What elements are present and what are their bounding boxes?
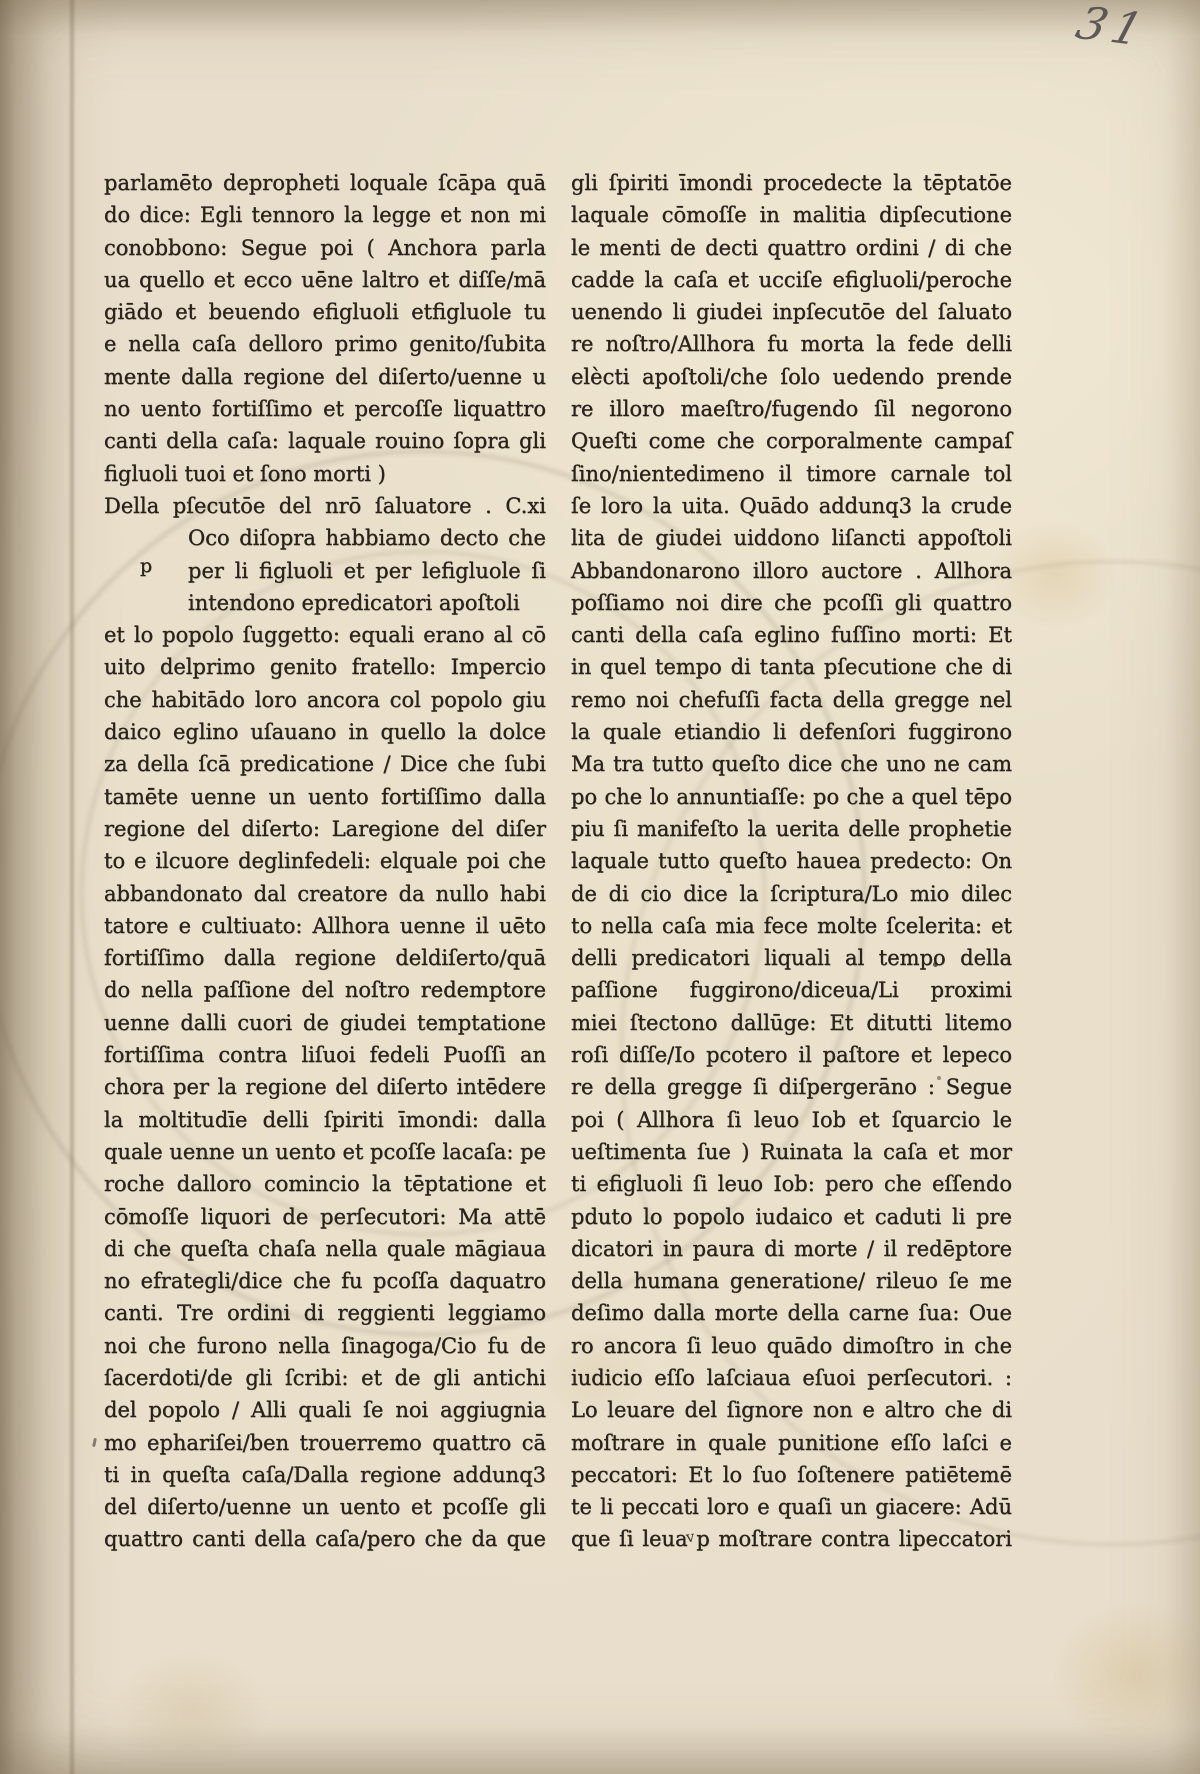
text-line: regione del diſerto: Laregione del diſer <box>104 813 546 845</box>
text-line: quale uenne un uento et pcoſſe lacaſa: p… <box>104 1136 546 1168</box>
text-line: canti della caſa eglino fuſſino morti: E… <box>571 619 1012 651</box>
text-line: e nella caſa delloro primo genito/ſubita <box>104 328 546 360</box>
text-line: le menti de decti quattro ordini / di ch… <box>571 232 1012 264</box>
text-line: la moltitudīe delli ſpiriti īmondi: dall… <box>104 1104 546 1136</box>
text-line: giādo et beuendo efigluoli etfigluole tu <box>104 296 546 328</box>
text-line: elècti apoſtoli/che ſolo uedendo prende <box>571 361 1012 393</box>
text-line: noi che furono nella ſinagoga/Cio fu de <box>104 1330 546 1362</box>
text-line: quattro canti della caſa/pero che da que <box>104 1523 546 1555</box>
text-line: canti della caſa: laquale rouino ſopra g… <box>104 425 546 457</box>
text-line: paſſione fuggirono/diceua/Li proximi <box>571 974 1012 1006</box>
text-line: moſtrare in quale punitione eſſo laſci e <box>571 1427 1012 1459</box>
handwritten-folio-number: 31 <box>1070 0 1154 56</box>
text-line: que ſi leua p moſtrare contra lipeccator… <box>571 1523 1012 1555</box>
text-line: figluoli tuoi et ſono morti ) <box>104 458 546 490</box>
text-line: mente dalla regione del diſerto/uenne u <box>104 361 546 393</box>
text-line: Oco diſopra habbiamo decto che <box>104 522 546 554</box>
text-line: delli predicatori liquali al tempo della <box>571 942 1012 974</box>
text-line: roche dalloro comincio la tēptatione et <box>104 1168 546 1200</box>
text-line: ſe loro la uita. Quādo addunq3 la crude <box>571 490 1012 522</box>
text-line: canti. Tre ordini di reggienti leggiamo <box>104 1297 546 1329</box>
text-line: conobbono: Segue poi ( Anchora parla <box>104 232 546 264</box>
ink-speck <box>92 1438 97 1447</box>
text-line: uito delprimo genito fratello: Impercio <box>104 651 546 683</box>
text-line: fortiſſimo dalla regione deldiſerto/quā <box>104 942 546 974</box>
text-line: dicatori in paura di morte / il redēptor… <box>571 1233 1012 1265</box>
text-line: lita de giudei uiddono liſancti appoſtol… <box>571 522 1012 554</box>
text-line: uenendo li giudei inpſecutōe del ſaluato <box>571 296 1012 328</box>
text-line: re noſtro/Allhora fu morta la fede delli <box>571 328 1012 360</box>
text-column-right: gli ſpiriti īmondi procedecte la tēptatō… <box>571 167 1012 1556</box>
text-line: ſino/nientedimeno il timore carnale tol <box>571 458 1012 490</box>
text-line: del diſerto/uenne un uento et pcoſſe gli <box>104 1491 546 1523</box>
text-line: pduto lo popolo iudaico et caduti li pre <box>571 1201 1012 1233</box>
text-line: ti efigluoli ſi leuo Iob: pero che eſſen… <box>571 1168 1012 1200</box>
text-line: daico eglino uſauano in quello la dolce <box>104 716 546 748</box>
gutter-crease <box>68 0 76 1774</box>
text-line: di che queſta chaſa nella quale māgiaua <box>104 1233 546 1265</box>
text-line: do dice: Egli tennoro la legge et non mi <box>104 199 546 231</box>
text-line: uenne dalli cuori de giudei temptatione <box>104 1007 546 1039</box>
text-line: za della ſcā predicatione / Dice che ſub… <box>104 748 546 780</box>
text-line: del popolo / Alli quali ſe noi aggiugnia <box>104 1394 546 1426</box>
text-line: ueſtimenta ſue ) Ruinata la caſa et mor <box>571 1136 1012 1168</box>
text-line: Abbandonarono illoro auctore . Allhora <box>571 555 1012 587</box>
text-line: deſimo dalla morte della carne ſua: Oue <box>571 1297 1012 1329</box>
text-line: Della pſecutōe del nrō ſaluatore . C.xi <box>104 490 546 522</box>
text-line: mo ephariſei/ben trouerremo quattro cā <box>104 1427 546 1459</box>
text-line: tamēte uenne un uento fortiſſimo dalla <box>104 781 546 813</box>
paper-stain <box>1050 1600 1200 1750</box>
text-line: fortiſſima contra liſuoi fedeli Puoſſi a… <box>104 1039 546 1071</box>
text-line: peccatori: Et lo ſuo ſoſtenere patiētemē <box>571 1459 1012 1491</box>
text-column-left: p parlamēto depropheti loquale ſcāpa quā… <box>104 167 546 1556</box>
text-line: parlamēto depropheti loquale ſcāpa quā <box>104 167 546 199</box>
text-line: laquale tutto queſto hauea predecto: On <box>571 845 1012 877</box>
text-line: Lo leuare del ſignore non e altro che di <box>571 1394 1012 1426</box>
text-line: tatore e cultiuato: Allhora uenne il uēt… <box>104 910 546 942</box>
text-line: Queſti come che corporalmente campaſ <box>571 425 1012 457</box>
text-line: per li figluoli et per lefigluole ſi <box>104 555 546 587</box>
text-line: re della gregge ſi diſpergerāno : Segue <box>571 1071 1012 1103</box>
text-line: ro ancora ſi leuo quādo dimoſtro in che <box>571 1330 1012 1362</box>
paper-stain <box>110 1650 270 1770</box>
text-line: ti in queſta caſa/Dalla regione addunq3 <box>104 1459 546 1491</box>
text-line: chora per la regione del diſerto intēder… <box>104 1071 546 1103</box>
text-line: re illoro maeſtro/fugendo ſil negorono <box>571 393 1012 425</box>
text-line: do nella paſſione del noſtro redemptore <box>104 974 546 1006</box>
text-line: Ma tra tutto queſto dice che uno ne cam <box>571 748 1012 780</box>
text-line: intendono epredicatori apoſtoli <box>104 587 546 619</box>
text-line: remo noi chefuſſi facta della gregge nel <box>571 684 1012 716</box>
text-line: iudicio eſſo laſciaua eſuoi perſecutori.… <box>571 1362 1012 1394</box>
text-line: miei ſtectono dallūge: Et ditutti litemo <box>571 1007 1012 1039</box>
text-line: cadde la caſa et ucciſe efigluoli/peroch… <box>571 264 1012 296</box>
text-line: poſſiamo noi dire che pcoſſi gli quattro <box>571 587 1012 619</box>
text-line: laquale cōmoſſe in malitia dipſecutione <box>571 199 1012 231</box>
text-line: no efrategli/dice che fu pcoſſa daquatro <box>104 1265 546 1297</box>
text-line: to nella caſa mia fece molte ſcelerita: … <box>571 910 1012 942</box>
text-line: cōmoſſe liquori de perſecutori: Ma attē <box>104 1201 546 1233</box>
text-line: de di cio dice la ſcriptura/Lo mio dilec <box>571 878 1012 910</box>
text-line: in quel tempo di tanta pſecutione che di <box>571 651 1012 683</box>
text-line: della humana generatione/ rileuo ſe me <box>571 1265 1012 1297</box>
text-line: che habitādo loro ancora col popolo giu <box>104 684 546 716</box>
text-line: et lo popolo ſuggetto: equali erano al c… <box>104 619 546 651</box>
dropcap-guide-letter: p <box>140 557 152 576</box>
text-line: gli ſpiriti īmondi procedecte la tēptatō… <box>571 167 1012 199</box>
text-line: piu ſi manifeſto la uerita delle prophet… <box>571 813 1012 845</box>
text-line: ua quello et ecco uēne laltro et diſſe/m… <box>104 264 546 296</box>
text-line: no uento fortiſſimo et percoſſe liquattr… <box>104 393 546 425</box>
text-line: poi ( Allhora ſi leuo Iob et ſquarcio le <box>571 1104 1012 1136</box>
text-line: roſi diſſe/Io pcotero il paſtore et lepe… <box>571 1039 1012 1071</box>
text-line: po che lo annuntiaſſe: po che a quel tēp… <box>571 781 1012 813</box>
text-line: to e ilcuore deglinfedeli: elquale poi c… <box>104 845 546 877</box>
text-line: abbandonato dal creatore da nullo habi <box>104 878 546 910</box>
text-line: ſacerdoti/de gli ſcribi: et de gli antic… <box>104 1362 546 1394</box>
text-line: la quale etiandio li defenſori fuggirono <box>571 716 1012 748</box>
text-line: te li peccati loro e quaſi un giacere: A… <box>571 1491 1012 1523</box>
book-page-scan: 31 p parlamēto depropheti loquale ſcāpa … <box>0 0 1200 1774</box>
